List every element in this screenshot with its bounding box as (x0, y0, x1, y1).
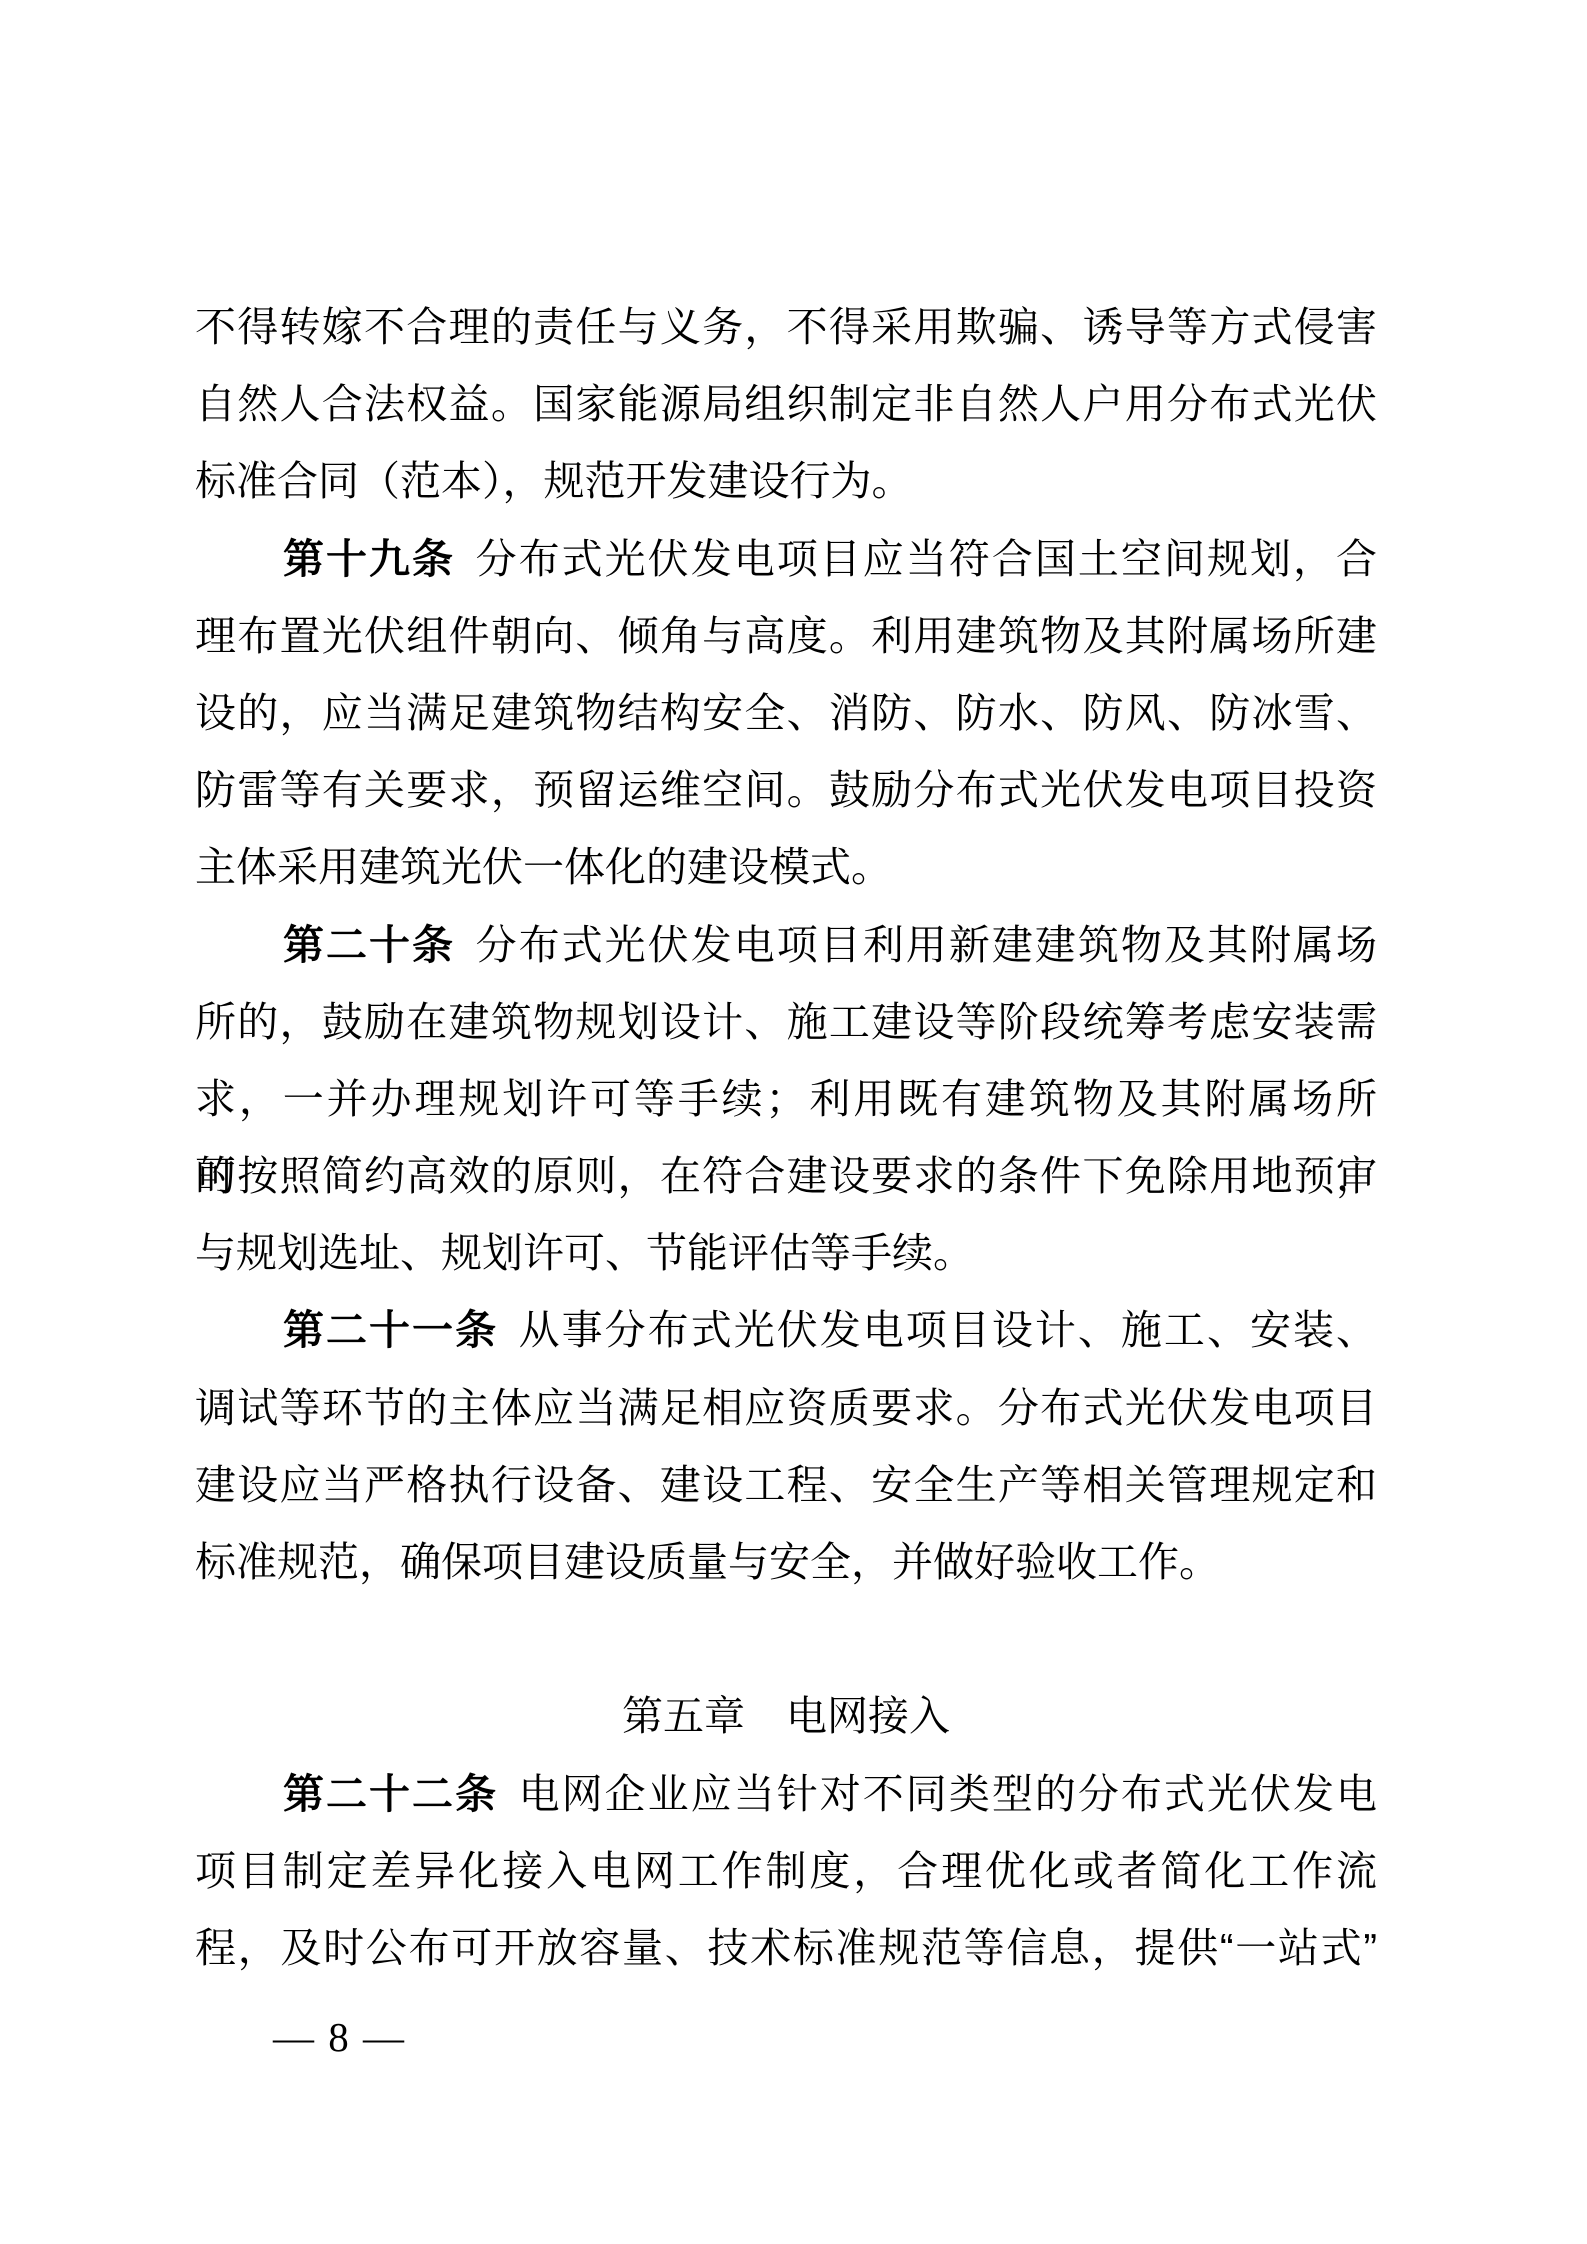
text-line: 第二十一条从事分布式光伏发电项目设计、施工、安装、 (195, 1292, 1377, 1369)
line-text: 设的，应当满足建筑物结构安全、消防、防水、防风、防冰雪、 (195, 690, 1377, 736)
text-line: 防雷等有关要求，预留运维空间。鼓励分布式光伏发电项目投资 (195, 752, 1377, 829)
article-number-label: 第二十二条 (283, 1771, 498, 1817)
line-text: 电网企业应当针对不同类型的分布式光伏发电 (519, 1771, 1377, 1817)
text-line: 主体采用建筑光伏一体化的建设模式。 (195, 829, 1377, 906)
article-number-label: 第二十一条 (283, 1307, 498, 1353)
text-line: 设的，应当满足建筑物结构安全、消防、防水、防风、防冰雪、 (195, 675, 1377, 752)
text-line: 建设应当严格执行设备、建设工程、安全生产等相关管理规定和 (195, 1447, 1377, 1524)
line-text: 调试等环节的主体应当满足相应资质要求。分布式光伏发电项目 (195, 1385, 1377, 1431)
line-text: 第五章 电网接入 (622, 1693, 950, 1739)
text-line: 自然人合法权益。国家能源局组织制定非自然人户用分布式光伏 (195, 366, 1377, 443)
text-line: 项目制定差异化接入电网工作制度，合理优化或者简化工作流 (195, 1833, 1377, 1910)
text-line: 调试等环节的主体应当满足相应资质要求。分布式光伏发电项目 (195, 1370, 1377, 1447)
line-text: 理布置光伏组件朝向、倾角与高度。利用建筑物及其附属场所建 (195, 613, 1377, 659)
line-text: 分布式光伏发电项目利用新建建筑物及其附属场 (476, 922, 1377, 968)
text-line: 标准合同（范本），规范开发建设行为。 (195, 443, 1377, 520)
line-text: 与规划选址、规划许可、节能评估等手续。 (195, 1230, 974, 1276)
line-text: 不得转嫁不合理的责任与义务，不得采用欺骗、诱导等方式侵害 (195, 304, 1377, 350)
text-line: 可按照简约高效的原则，在符合建设要求的条件下免除用地预审 (195, 1138, 1377, 1215)
line-text: 分布式光伏发电项目应当符合国土空间规划，合 (476, 536, 1377, 582)
line-text: 可按照简约高效的原则，在符合建设要求的条件下免除用地预审 (195, 1153, 1377, 1199)
chapter-heading: 第五章 电网接入 (195, 1678, 1377, 1755)
text-line: 标准规范，确保项目建设质量与安全，并做好验收工作。 (195, 1524, 1377, 1601)
text-line: 求，一并办理规划许可等手续；利用既有建筑物及其附属场所的， (195, 1061, 1377, 1138)
text-line: 第十九条分布式光伏发电项目应当符合国土空间规划，合 (195, 521, 1377, 598)
line-text: 防雷等有关要求，预留运维空间。鼓励分布式光伏发电项目投资 (195, 767, 1377, 813)
line-text: 主体采用建筑光伏一体化的建设模式。 (195, 844, 892, 890)
line-text: 建设应当严格执行设备、建设工程、安全生产等相关管理规定和 (195, 1462, 1377, 1508)
line-text: 标准规范，确保项目建设质量与安全，并做好验收工作。 (195, 1539, 1220, 1585)
text-line: 第二十条分布式光伏发电项目利用新建建筑物及其附属场 (195, 907, 1377, 984)
line-text: 标准合同（范本），规范开发建设行为。 (195, 458, 913, 504)
line-text: 项目制定差异化接入电网工作制度，合理优化或者简化工作流 (195, 1848, 1377, 1894)
line-text: 所的，鼓励在建筑物规划设计、施工建设等阶段统筹考虑安装需 (195, 999, 1377, 1045)
text-line: 程，及时公布可开放容量、技术标准规范等信息，提供“一站式” (195, 1910, 1377, 1987)
line-text: 自然人合法权益。国家能源局组织制定非自然人户用分布式光伏 (195, 381, 1377, 427)
blank-line (195, 1601, 1377, 1678)
document-content: 不得转嫁不合理的责任与义务，不得采用欺骗、诱导等方式侵害自然人合法权益。国家能源… (195, 289, 1377, 1987)
text-line: 与规划选址、规划许可、节能评估等手续。 (195, 1215, 1377, 1292)
text-line: 理布置光伏组件朝向、倾角与高度。利用建筑物及其附属场所建 (195, 598, 1377, 675)
article-number-label: 第十九条 (283, 536, 455, 582)
page-number: — 8 — (273, 2012, 404, 2062)
text-line: 所的，鼓励在建筑物规划设计、施工建设等阶段统筹考虑安装需 (195, 984, 1377, 1061)
document-page: 不得转嫁不合理的责任与义务，不得采用欺骗、诱导等方式侵害自然人合法权益。国家能源… (0, 0, 1587, 2244)
text-line: 不得转嫁不合理的责任与义务，不得采用欺骗、诱导等方式侵害 (195, 289, 1377, 366)
line-text: 程，及时公布可开放容量、技术标准规范等信息，提供“一站式” (195, 1925, 1377, 1971)
line-text: 从事分布式光伏发电项目设计、施工、安装、 (519, 1307, 1377, 1353)
article-number-label: 第二十条 (283, 922, 455, 968)
text-line: 第二十二条电网企业应当针对不同类型的分布式光伏发电 (195, 1756, 1377, 1833)
